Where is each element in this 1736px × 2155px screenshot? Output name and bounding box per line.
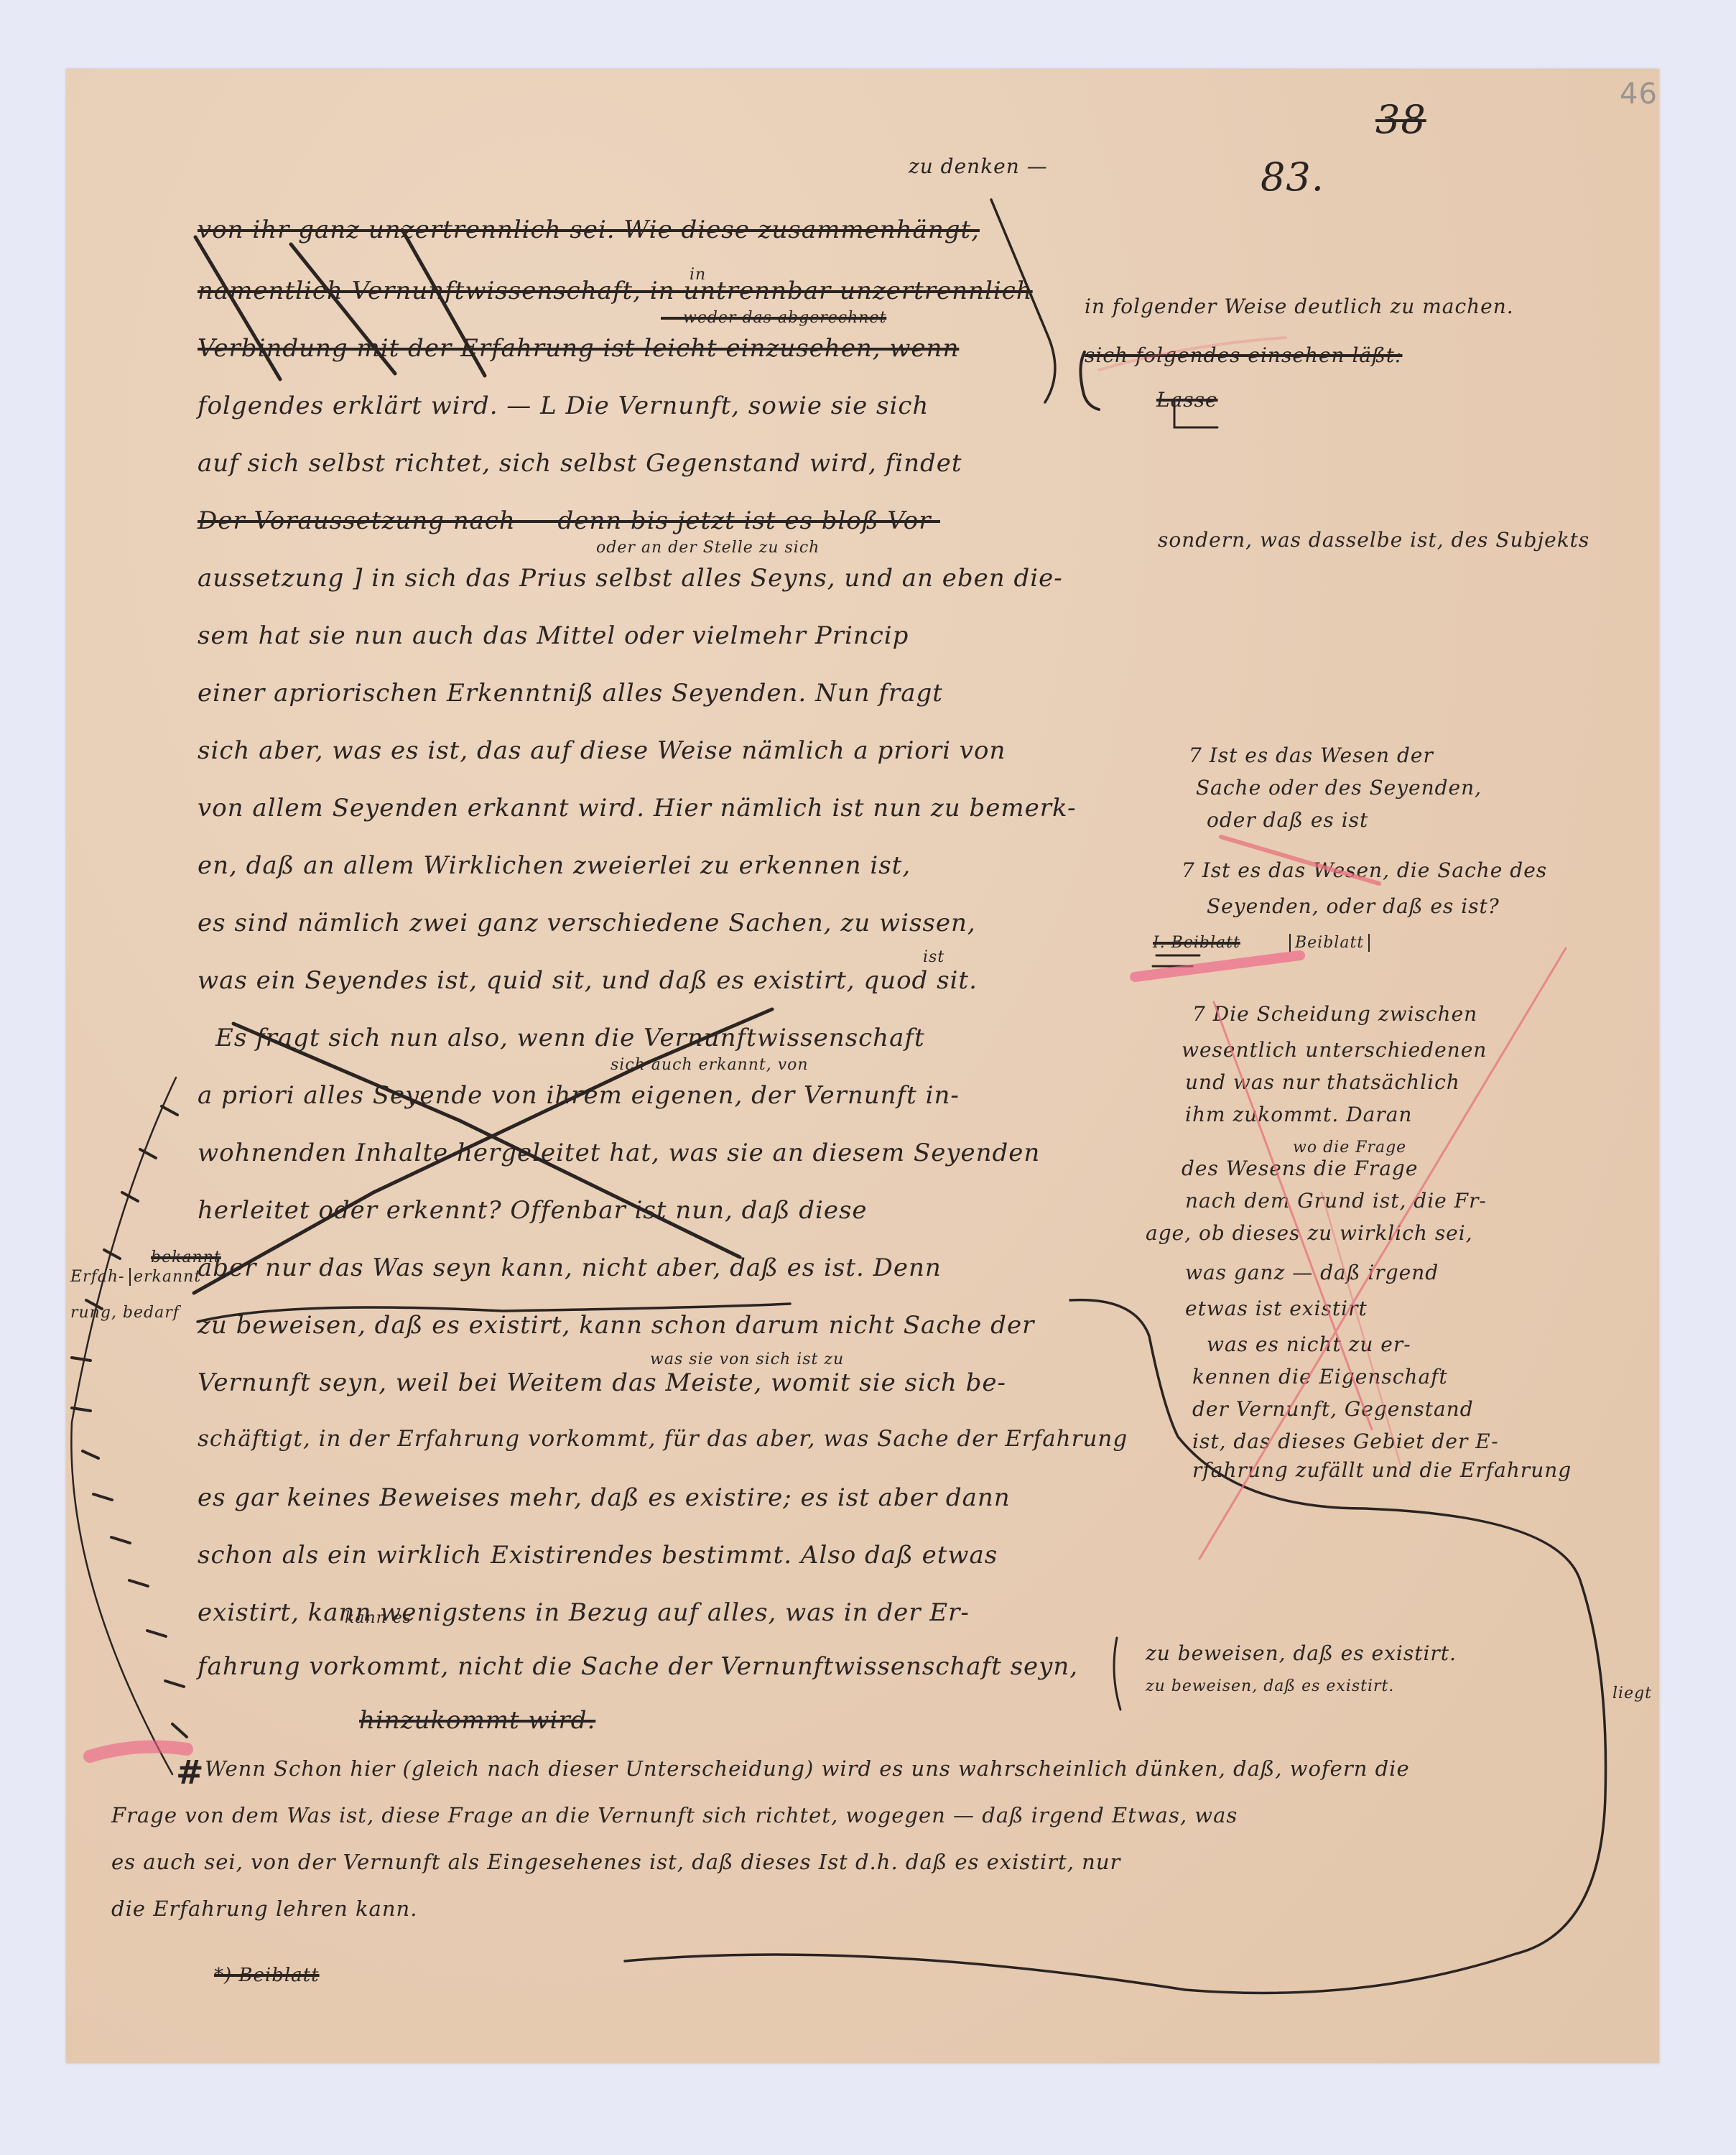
margin-note-line: etwas ist existirt: [1185, 1297, 1368, 1320]
text-line: Es fragt sich nun also, wenn die Vernunf…: [215, 1024, 925, 1052]
text-line: namentlich Vernunftwissenschaft, in untr…: [198, 277, 1033, 305]
text-line: sem hat sie nun auch das Mittel oder vie…: [198, 621, 909, 650]
interlinear-insert: ist: [923, 948, 944, 966]
text-line: en, daß an allem Wirklichen zweierlei zu…: [198, 851, 911, 880]
margin-note: in folgender Weise deutlich zu machen.: [1085, 295, 1514, 318]
text-line: schon als ein wirklich Existirendes best…: [198, 1541, 998, 1570]
text-line: von allem Seyenden erkannt wird. Hier nä…: [198, 794, 1076, 822]
folio-number: 46: [1620, 78, 1658, 111]
text-line: wohnenden Inhalte hergeleitet hat, was s…: [198, 1139, 1040, 1167]
text-line: was ein Seyendes ist, quid sit, und daß …: [198, 966, 978, 995]
text-line: Vernunft seyn, weil bei Weitem das Meist…: [198, 1368, 1006, 1397]
margin-note: erkannt: [129, 1268, 201, 1286]
beiblatt-struck: I. Beiblatt: [1153, 934, 1240, 952]
text-line: existirt, kann wenigstens in Bezug auf a…: [198, 1598, 970, 1627]
margin-note: bekannt: [151, 1248, 221, 1266]
footnote-marker: #: [176, 1753, 205, 1792]
margin-note-line: ihm zukommt. Daran: [1185, 1103, 1412, 1126]
footnote-line: Frage von dem Was ist, diese Frage an di…: [111, 1803, 1238, 1827]
margin-note-line: wesentlich unterschiedenen: [1182, 1038, 1487, 1062]
beiblatt-label: Beiblatt: [1289, 934, 1370, 952]
text-line: es gar keines Beweises mehr, daß es exis…: [198, 1483, 1011, 1512]
text-line: herleitet oder erkennt? Offenbar ist nun…: [198, 1196, 868, 1225]
text-line: zu beweisen, daß es existirt, kann schon…: [198, 1311, 1034, 1340]
footnote-line: die Erfahrung lehren kann.: [111, 1896, 417, 1921]
margin-note: zu beweisen, daß es existirt.: [1146, 1677, 1394, 1695]
margin-note-line: ist, das dieses Gebiet der E-: [1192, 1429, 1499, 1453]
margin-note-line: 7 Die Scheidung zwischen: [1192, 1002, 1477, 1026]
text-line: folgendes erklärt wird. — L Die Vernunft…: [198, 391, 929, 420]
margin-note: sich folgendes einsehen läßt:: [1085, 343, 1402, 367]
margin-note: rung, bedarf: [70, 1304, 180, 1322]
margin-note-line: was ganz — daß irgend: [1185, 1261, 1439, 1284]
page-number: 83.: [1261, 154, 1324, 200]
margin-note-line: des Wesens die Frage: [1182, 1157, 1418, 1180]
footnote-line: es auch sei, von der Vernunft als Einges…: [111, 1850, 1120, 1874]
interlinear-insert: was sie von sich ist zu: [650, 1350, 844, 1368]
margin-note: Seyenden, oder daß es ist?: [1207, 894, 1500, 918]
margin-note: sondern, was dasselbe ist, des Subjekts: [1158, 528, 1589, 552]
text-line: einer apriorischen Erkenntniß alles Seye…: [198, 679, 943, 708]
text-line: aussetzung ] in sich das Prius selbst al…: [198, 564, 1063, 593]
top-insertion: zu denken —: [909, 154, 1048, 178]
margin-note: oder daß es ist: [1207, 808, 1368, 832]
margin-note-line: kennen die Eigenschaft: [1192, 1365, 1448, 1389]
text-line: Verbindung mit der Erfahrung ist leicht …: [198, 334, 959, 363]
interlinear-insert: — weder das abgerechnet: [661, 309, 886, 327]
interlinear-insert: oder an der Stelle zu sich: [596, 539, 820, 557]
margin-note-line: rfahrung zufällt und die Erfahrung: [1192, 1458, 1572, 1482]
margin-note-line: was es nicht zu er-: [1207, 1333, 1411, 1356]
text-line: hinzukommt wird.: [359, 1706, 595, 1735]
margin-note-line: der Vernunft, Gegenstand: [1192, 1397, 1474, 1421]
margin-note: 7 Ist es das Wesen, die Sache des: [1182, 858, 1547, 882]
margin-note: liegt: [1612, 1684, 1652, 1702]
footnote-ref: *) Beiblatt: [214, 1965, 320, 1986]
text-line: auf sich selbst richtet, sich selbst Geg…: [198, 449, 962, 478]
margin-note-line: und was nur thatsächlich: [1185, 1070, 1460, 1094]
margin-note-line: nach dem Grund ist, die Fr-: [1185, 1189, 1487, 1213]
interlinear-insert: sich auch erkannt, von: [611, 1056, 809, 1074]
text-line: fahrung vorkommt, nicht die Sache der Ve…: [198, 1652, 1078, 1681]
margin-note: Lasse: [1156, 388, 1218, 412]
text-line: sich aber, was es ist, das auf diese Wei…: [198, 736, 1006, 765]
margin-note: Sache oder des Seyenden,: [1196, 776, 1482, 800]
text-line: a priori alles Seyende von ihrem eigenen…: [198, 1081, 960, 1110]
text-line: schäftigt, in der Erfahrung vorkommt, fü…: [198, 1426, 1128, 1452]
text-line: Der Voraussetzung nach — denn bis jetzt …: [198, 506, 940, 535]
margin-note-line: age, ob dieses zu wirklich sei,: [1146, 1221, 1473, 1245]
text-line: von ihr ganz unzertrennlich sei. Wie die…: [198, 215, 980, 244]
margin-note: 7 Ist es das Wesen der: [1189, 743, 1434, 767]
text-line: aber nur das Was seyn kann, nicht aber, …: [198, 1253, 942, 1282]
footnote-line: Wenn Schon hier (gleich nach dieser Unte…: [205, 1756, 1410, 1781]
text-line: es sind nämlich zwei ganz verschiedene S…: [198, 909, 976, 937]
old-page-number: 38: [1375, 97, 1426, 142]
margin-note-line: wo die Frage: [1293, 1139, 1406, 1157]
margin-note: zu beweisen, daß es existirt.: [1146, 1641, 1457, 1665]
margin-note: Erfah-: [70, 1268, 124, 1286]
